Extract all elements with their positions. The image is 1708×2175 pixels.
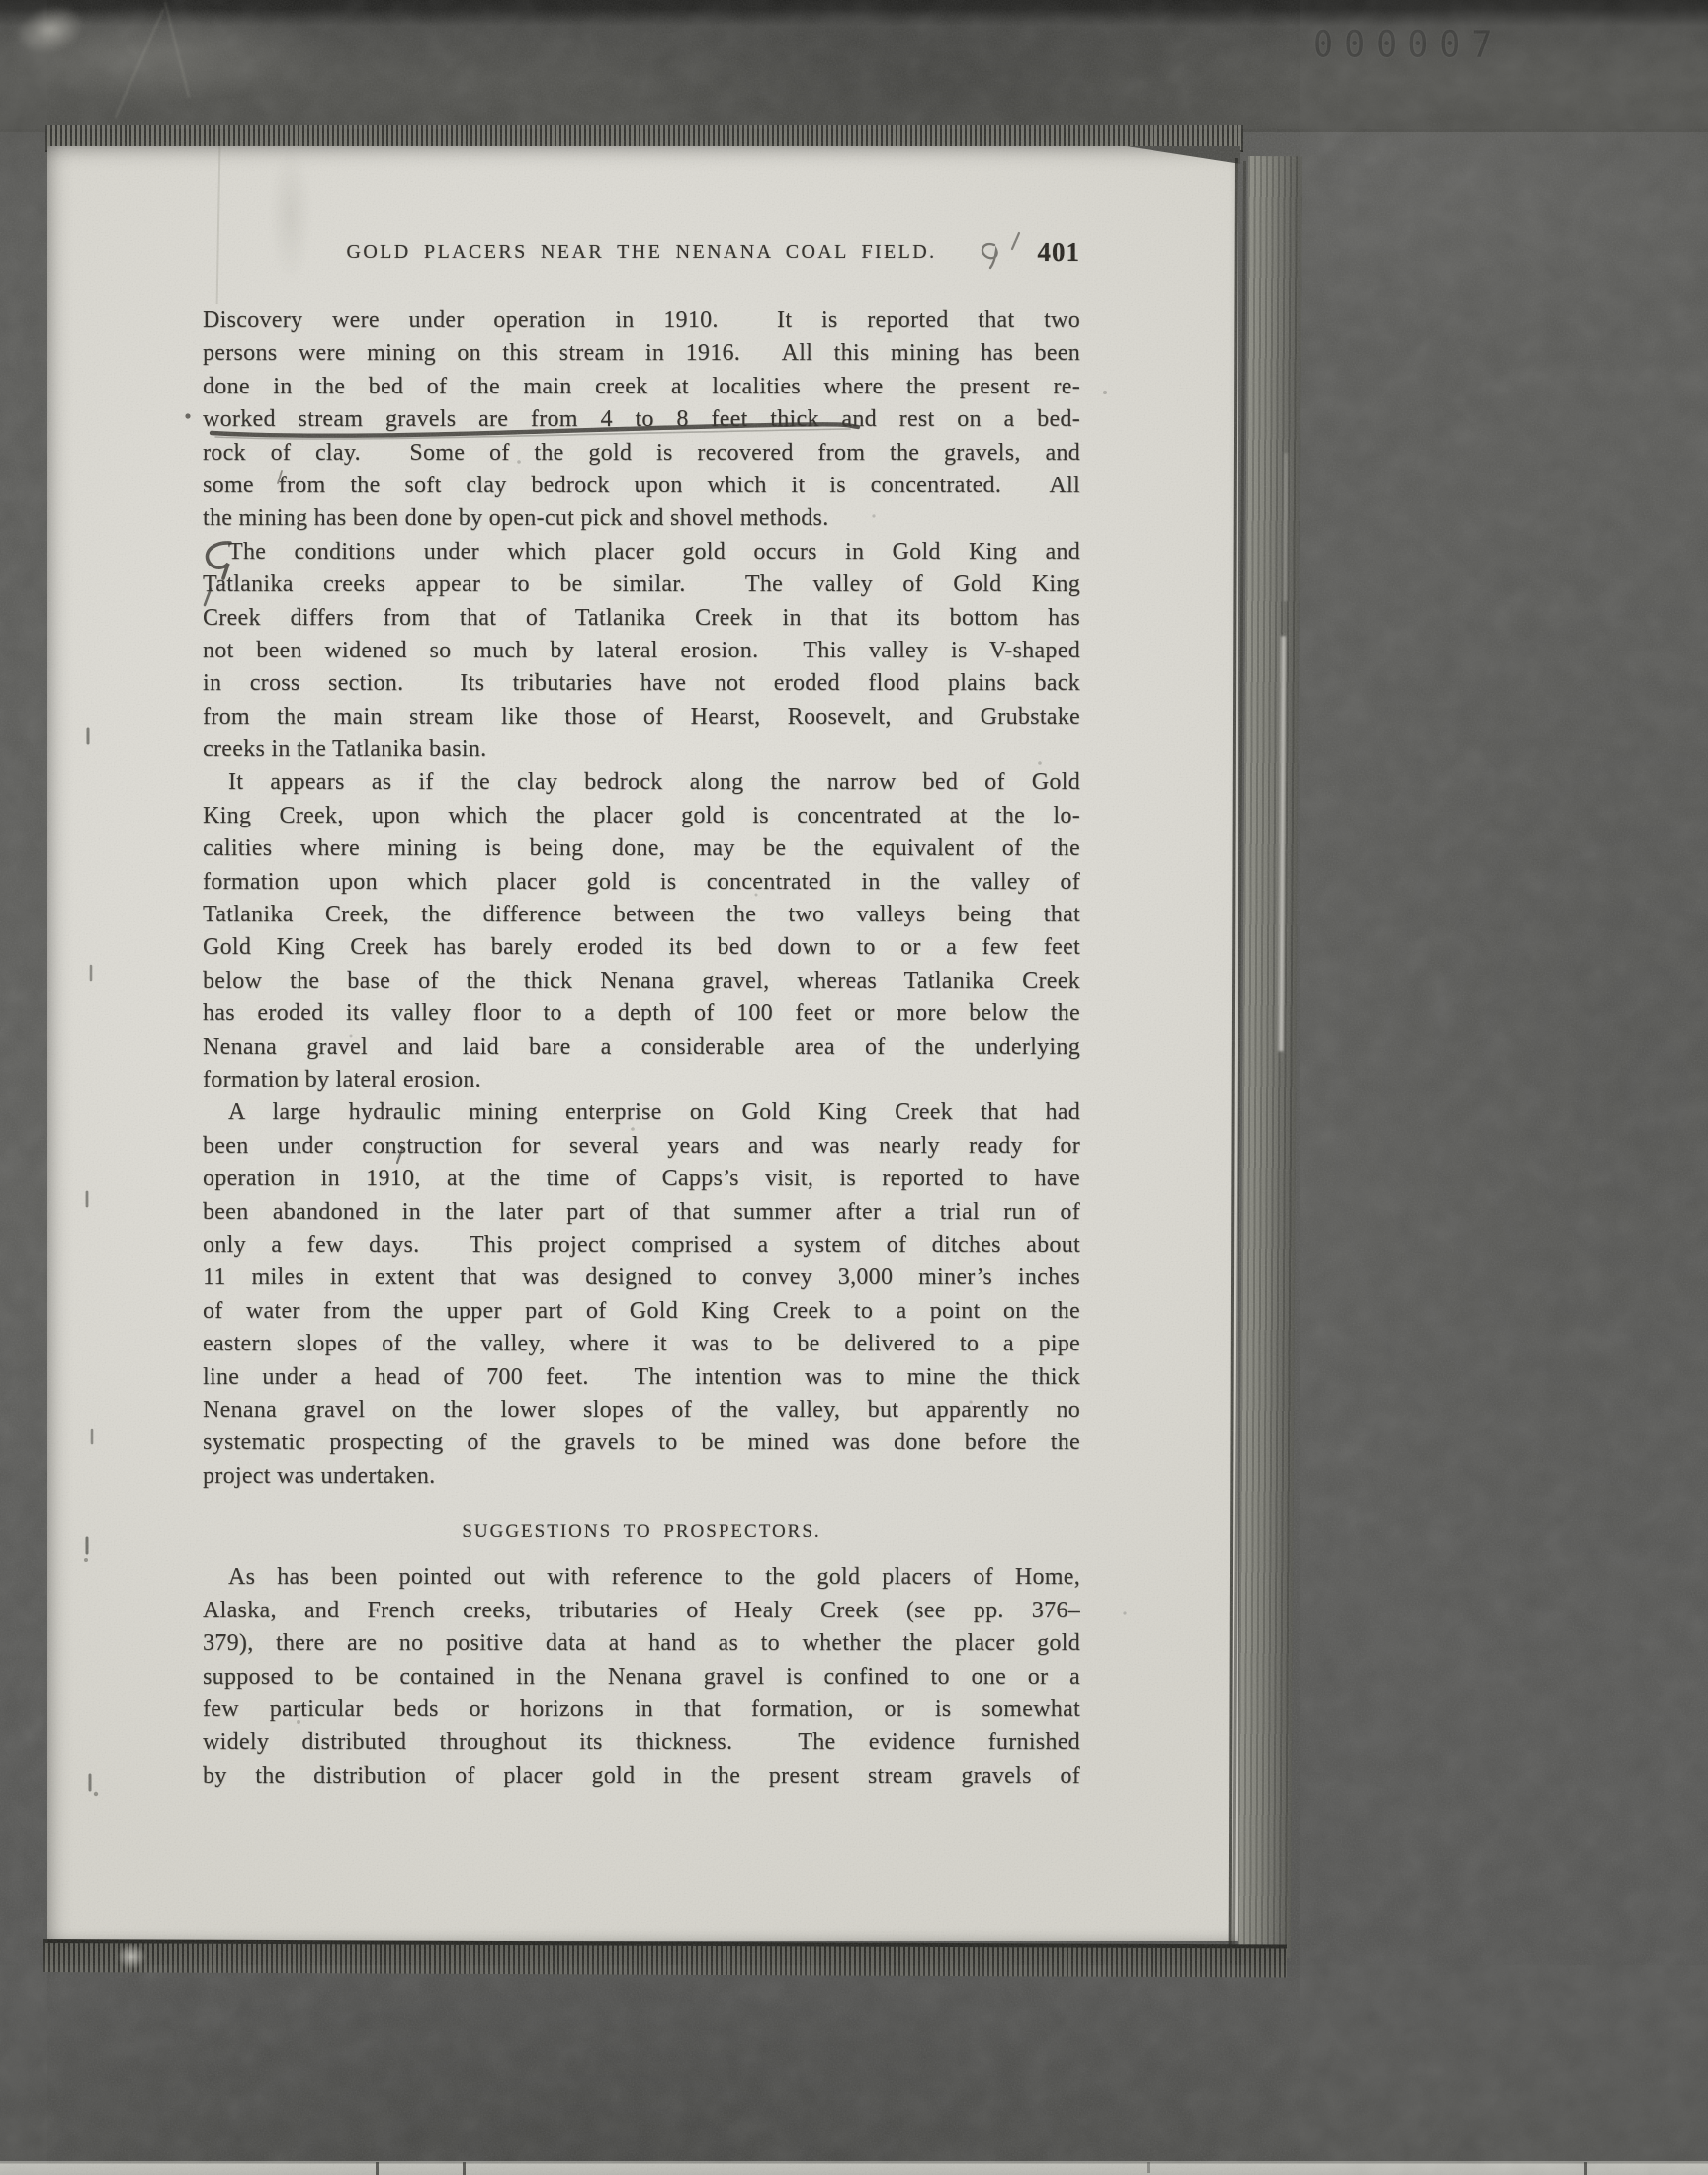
text-line: some from the soft clay bedrock upon whi… bbox=[203, 470, 1080, 502]
text-line: creeks in the Tatlanika basin. bbox=[203, 734, 1080, 766]
text-line: supposed to be contained in the Nenana g… bbox=[203, 1661, 1080, 1694]
text-line: Discovery were under operation in 1910. … bbox=[203, 304, 1080, 337]
text-line: few particular beds or horizons in that … bbox=[203, 1694, 1080, 1726]
text-line: The conditions under which placer gold o… bbox=[203, 536, 1080, 568]
text-line: the mining has been done by open-cut pic… bbox=[203, 502, 1080, 535]
photocopy-scan: 000007 GOLD PLACERS NEAR THE NENANA COAL… bbox=[0, 0, 1708, 2175]
text-line: formation upon which placer gold is conc… bbox=[203, 866, 1080, 899]
text-line: line under a head of 700 feet. The inten… bbox=[203, 1361, 1080, 1394]
book-cloth-edge-bottom bbox=[43, 1939, 1287, 1977]
text-line: below the base of the thick Nenana grave… bbox=[203, 965, 1080, 998]
text-line: King Creek, upon which the placer gold i… bbox=[203, 800, 1080, 832]
scanner-bed-strip bbox=[0, 2161, 1708, 2175]
text-line: operation in 1910, at the time of Capps’… bbox=[203, 1163, 1080, 1195]
text-line underlined: worked stream gravels are from 4 to 8 fe… bbox=[203, 403, 1080, 436]
text-line: Nenana gravel on the lower slopes of the… bbox=[203, 1394, 1080, 1427]
text-line: Tatlanika creeks appear to be similar. T… bbox=[203, 568, 1080, 601]
text-line: A large hydraulic mining enterprise on G… bbox=[203, 1096, 1080, 1129]
section-heading: SUGGESTIONS TO PROSPECTORS. bbox=[203, 1516, 1080, 1548]
text-line: has eroded its valley floor to a depth o… bbox=[203, 998, 1080, 1030]
text-line: not been widened so much by lateral eros… bbox=[203, 635, 1080, 667]
text-line: in cross section. Its tributaries have n… bbox=[203, 667, 1080, 700]
text-line: been under construction for several year… bbox=[203, 1130, 1080, 1163]
edge-highlight-streak bbox=[1278, 636, 1286, 1051]
scanned-page: GOLD PLACERS NEAR THE NENANA COAL FIELD.… bbox=[47, 146, 1238, 1941]
text-line: It appears as if the clay bedrock along … bbox=[203, 766, 1080, 799]
text-line: systematic prospecting of the gravels to… bbox=[203, 1427, 1080, 1459]
text-line: Gold King Creek has barely eroded its be… bbox=[203, 931, 1080, 964]
lint-fray bbox=[117, 1944, 146, 1969]
scanner-strip-tick bbox=[1147, 2162, 1150, 2173]
text-line: Alaska, and French creeks, tributaries o… bbox=[203, 1595, 1080, 1627]
text-line: eastern slopes of the valley, where it w… bbox=[203, 1328, 1080, 1360]
text-line: only a few days. This project comprised … bbox=[203, 1229, 1080, 1261]
scanner-strip-tick bbox=[463, 2162, 466, 2175]
running-header: GOLD PLACERS NEAR THE NENANA COAL FIELD. bbox=[203, 241, 1080, 264]
text-line: Creek differs from that of Tatlanika Cre… bbox=[203, 602, 1080, 635]
book-page-stack-edge bbox=[1238, 156, 1302, 1957]
paper-crease bbox=[216, 146, 221, 304]
text-line: by the distribution of placer gold in th… bbox=[203, 1760, 1080, 1792]
page-number: 401 bbox=[967, 237, 1080, 268]
text-line: Nenana gravel and laid bare a considerab… bbox=[203, 1031, 1080, 1064]
text-line: done in the bed of the main creek at loc… bbox=[203, 371, 1080, 403]
text-line: calities where mining is being done, may… bbox=[203, 832, 1080, 865]
text-line: As has been pointed out with reference t… bbox=[203, 1561, 1080, 1594]
edge-highlight-streak bbox=[1283, 453, 1288, 601]
text-line: widely distributed throughout its thickn… bbox=[203, 1726, 1080, 1759]
text-line: project was undertaken. bbox=[203, 1460, 1080, 1493]
text-line: 379), there are no positive data at hand… bbox=[203, 1627, 1080, 1660]
scanner-strip-tick bbox=[1584, 2162, 1587, 2175]
text-line: 11 miles in extent that was designed to … bbox=[203, 1261, 1080, 1294]
text-line: been abandoned in the later part of that… bbox=[203, 1196, 1080, 1229]
text-line: persons were mining on this stream in 19… bbox=[203, 337, 1080, 370]
text-line: from the main stream like those of Hears… bbox=[203, 701, 1080, 734]
stamp-number: 000007 bbox=[1313, 25, 1589, 66]
text-line: of water from the upper part of Gold Kin… bbox=[203, 1295, 1080, 1328]
body-text-column: Discovery were under operation in 1910. … bbox=[203, 304, 1080, 1792]
scanner-strip-tick bbox=[376, 2162, 379, 2175]
text-line: Tatlanika Creek, the difference between … bbox=[203, 899, 1080, 931]
text-line: rock of clay. Some of the gold is recove… bbox=[203, 437, 1080, 470]
text-line: formation by lateral erosion. bbox=[203, 1064, 1080, 1096]
